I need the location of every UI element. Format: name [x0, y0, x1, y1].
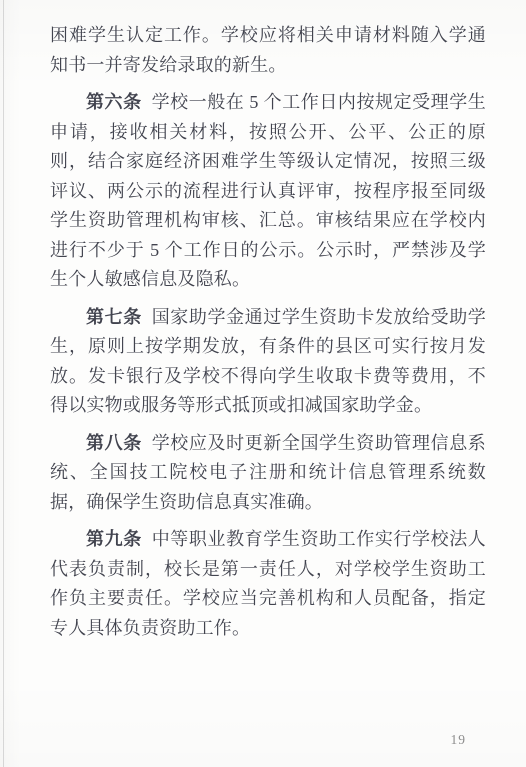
- article-number: 第八条: [86, 433, 152, 453]
- paragraph-text: 困难学生认定工作。学校应将相关申请材料随入学通知书一并寄发给录取的新生。: [50, 25, 486, 75]
- document-body: 困难学生认定工作。学校应将相关申请材料随入学通知书一并寄发给录取的新生。 第六条…: [50, 21, 486, 643]
- scan-edge-artifact: [3, 0, 4, 767]
- paragraph-article-7: 第七条国家助学金通过学生资助卡发放给受助学生，原则上按学期发放，有条件的县区可实…: [50, 303, 486, 421]
- article-number: 第九条: [86, 529, 152, 549]
- article-number: 第六条: [86, 92, 152, 112]
- page-number: 19: [451, 732, 467, 748]
- paragraph-text: 学校一般在 5 个工作日内按规定受理学生申请，接收相关材料，按照公开、公平、公正…: [50, 92, 486, 289]
- article-number: 第七条: [86, 307, 152, 327]
- scanned-document-page: 困难学生认定工作。学校应将相关申请材料随入学通知书一并寄发给录取的新生。 第六条…: [0, 0, 526, 767]
- paragraph-continuation: 困难学生认定工作。学校应将相关申请材料随入学通知书一并寄发给录取的新生。: [50, 21, 486, 80]
- paragraph-article-9: 第九条中等职业教育学生资助工作实行学校法人代表负责制，校长是第一责任人，对学校学…: [50, 525, 486, 643]
- paragraph-article-6: 第六条学校一般在 5 个工作日内按规定受理学生申请，接收相关材料，按照公开、公平…: [50, 88, 486, 295]
- paragraph-article-8: 第八条学校应及时更新全国学生资助管理信息系统、全国技工院校电子注册和统计信息管理…: [50, 429, 486, 518]
